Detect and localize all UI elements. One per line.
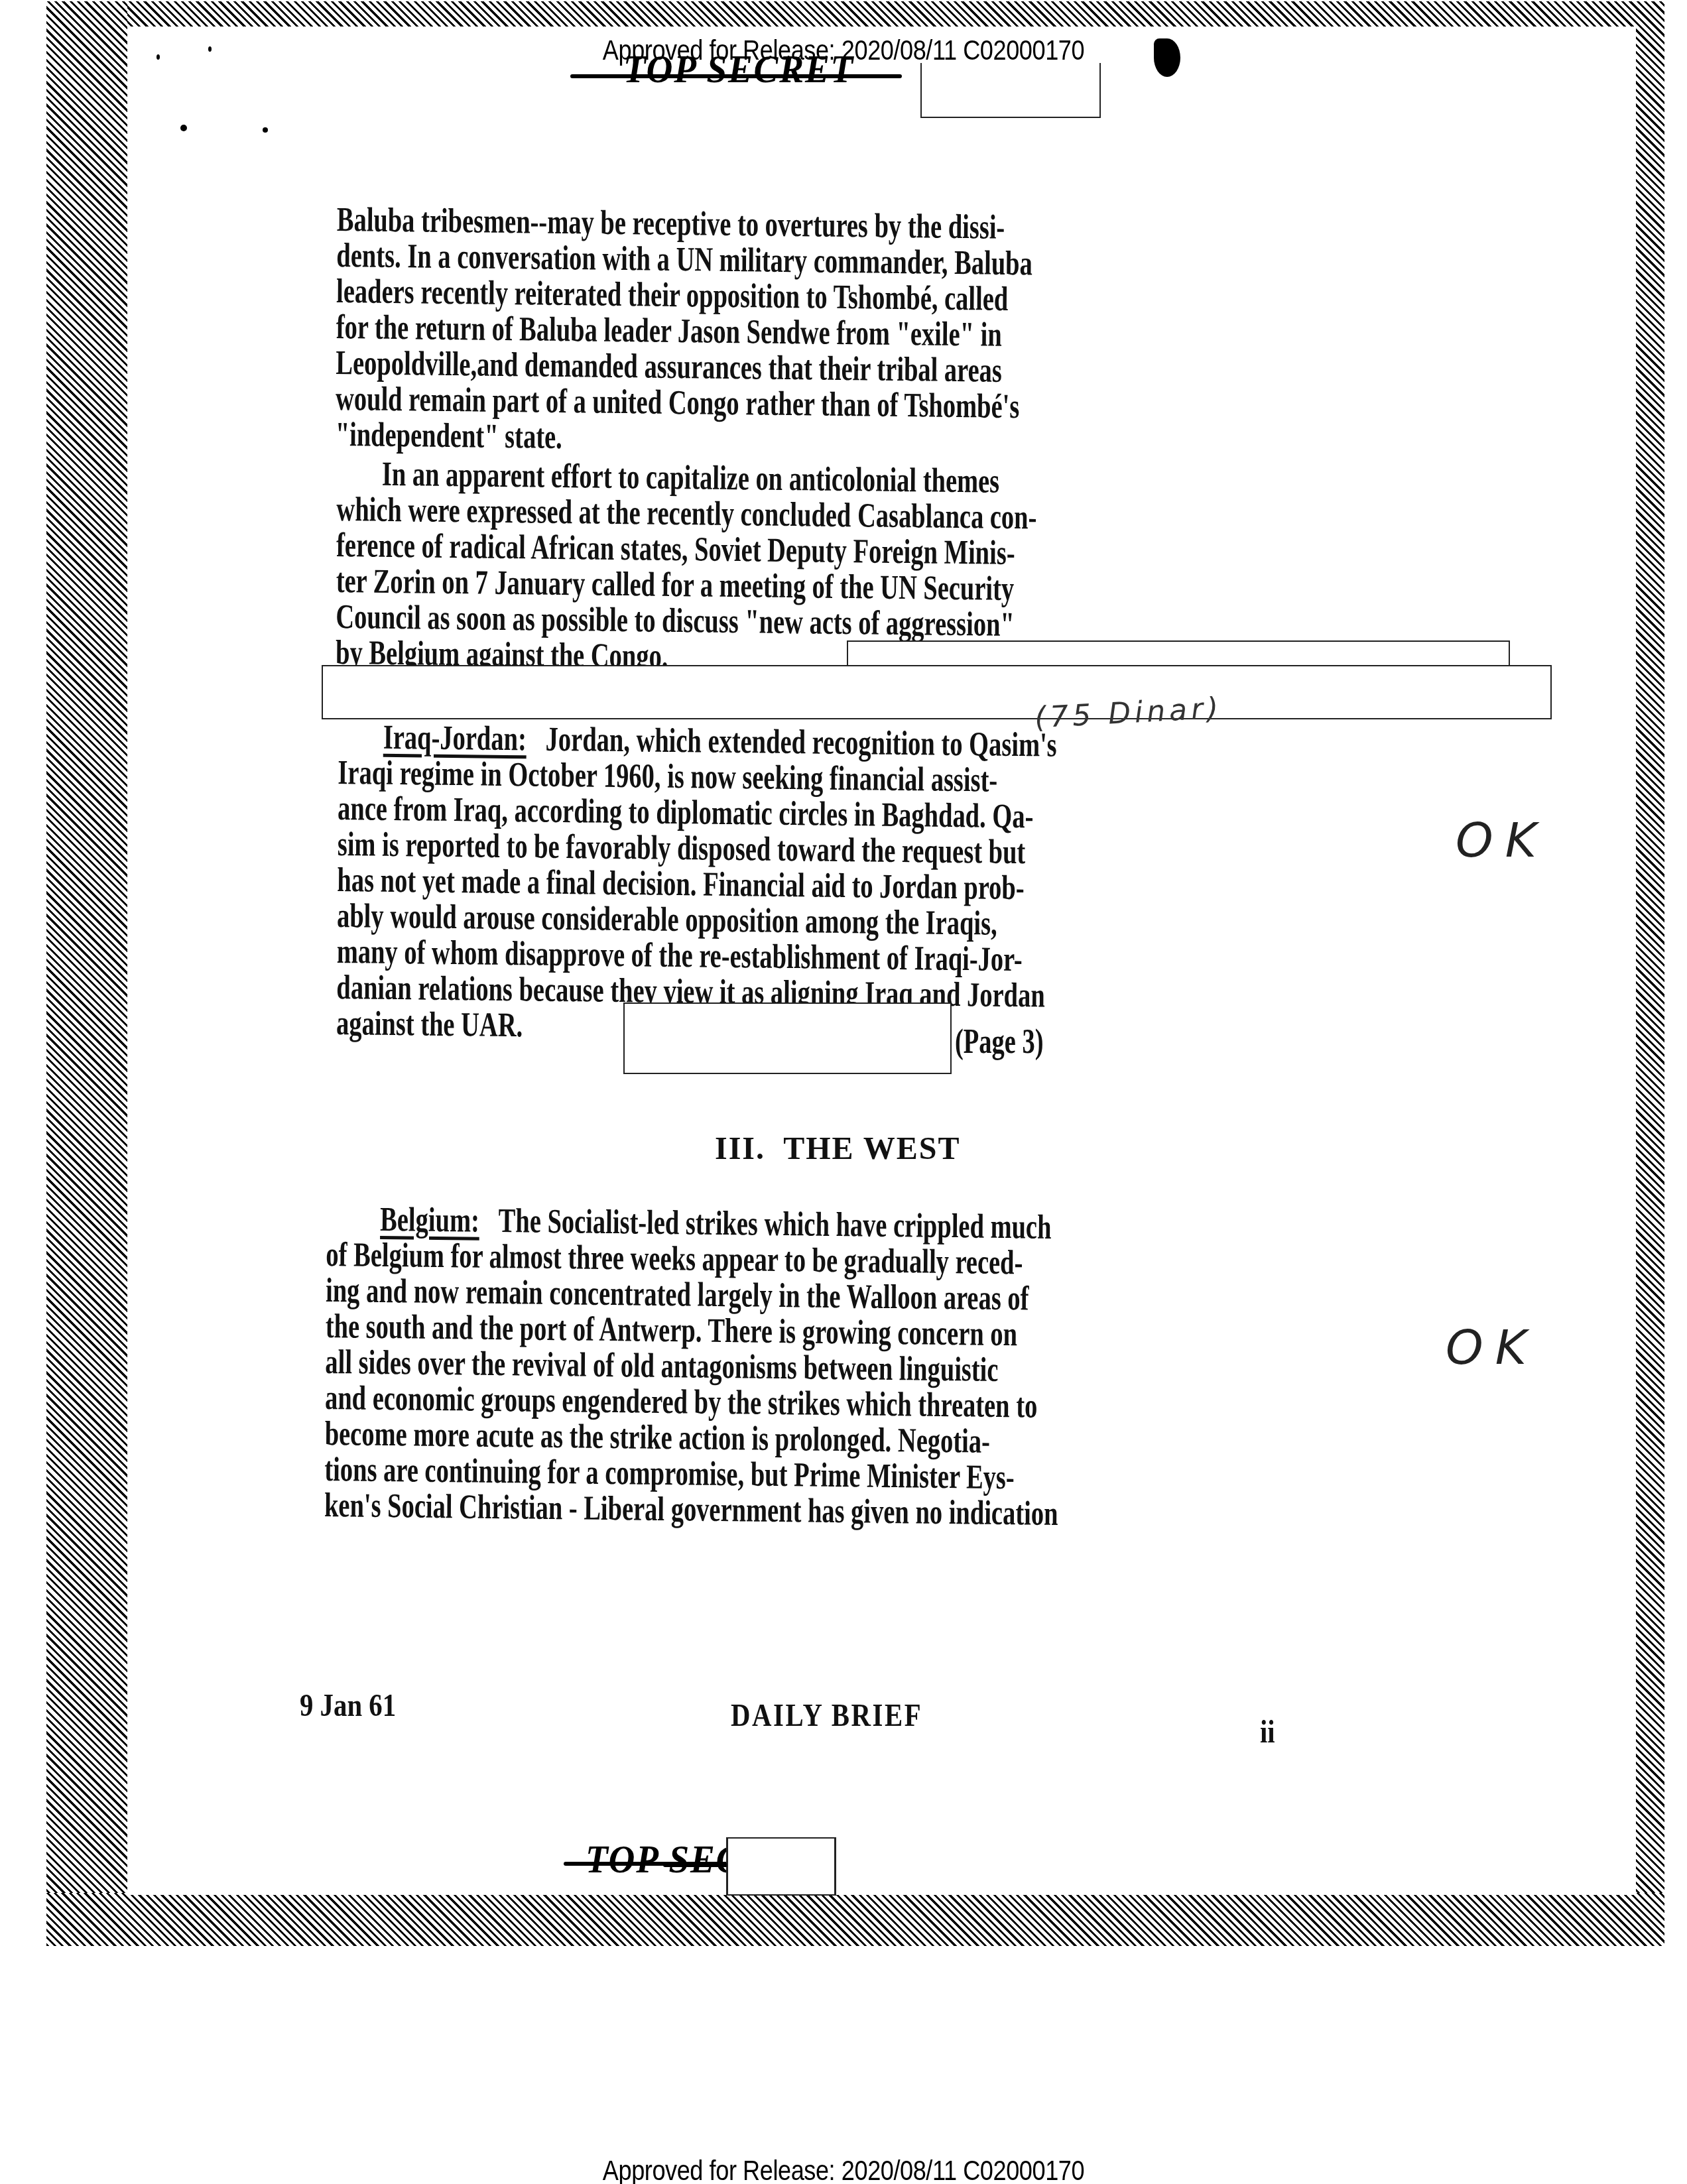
frame-border-left <box>46 1 127 1944</box>
text-fragment <box>532 720 546 758</box>
section-label-belgium: Belgium: <box>380 1201 479 1240</box>
speck <box>156 54 160 60</box>
frame-border-bottom <box>46 1893 1664 1946</box>
redaction-box <box>847 640 1510 667</box>
frame-border-top <box>80 1 1664 28</box>
footer-date: 9 Jan 61 <box>300 1687 396 1724</box>
iraq-jordan-paragraph: Iraq-Jordan: Jordan, which extended reco… <box>336 719 1057 1050</box>
margin-mark-ok: OK <box>1456 812 1548 868</box>
footer-page-number: ii <box>1260 1714 1275 1750</box>
speck <box>180 125 187 131</box>
frame-border-right <box>1636 1 1664 1944</box>
redaction-box <box>623 1002 952 1074</box>
classification-strikeout <box>570 74 902 78</box>
classification-strikeout <box>663 1863 729 1867</box>
margin-mark-ok: OK <box>1446 1319 1538 1375</box>
redaction-box <box>322 665 1552 719</box>
section-label-iraq-jordan: Iraq-Jordan: <box>383 719 527 758</box>
belgium-paragraph: Belgium: The Socialist-led strikes which… <box>324 1201 1060 1532</box>
page-reference: (Page 3) <box>955 1024 1044 1060</box>
footer-title: DAILY BRIEF <box>731 1697 922 1734</box>
section-heading-west: III. THE WEST <box>715 1130 960 1167</box>
speck <box>208 46 212 52</box>
congo-paragraph: Baluba tribesmen--may be receptive to ov… <box>336 202 1033 461</box>
text-fragment <box>485 1202 499 1240</box>
scan-blob <box>1154 38 1180 77</box>
classification-top: TOP SECRET <box>623 46 854 92</box>
redaction-box <box>920 63 1101 118</box>
release-stamp-bottom: Approved for Release: 2020/08/11 C020001… <box>118 2155 1569 2184</box>
speck <box>263 127 268 133</box>
redaction-box <box>727 1837 836 1896</box>
